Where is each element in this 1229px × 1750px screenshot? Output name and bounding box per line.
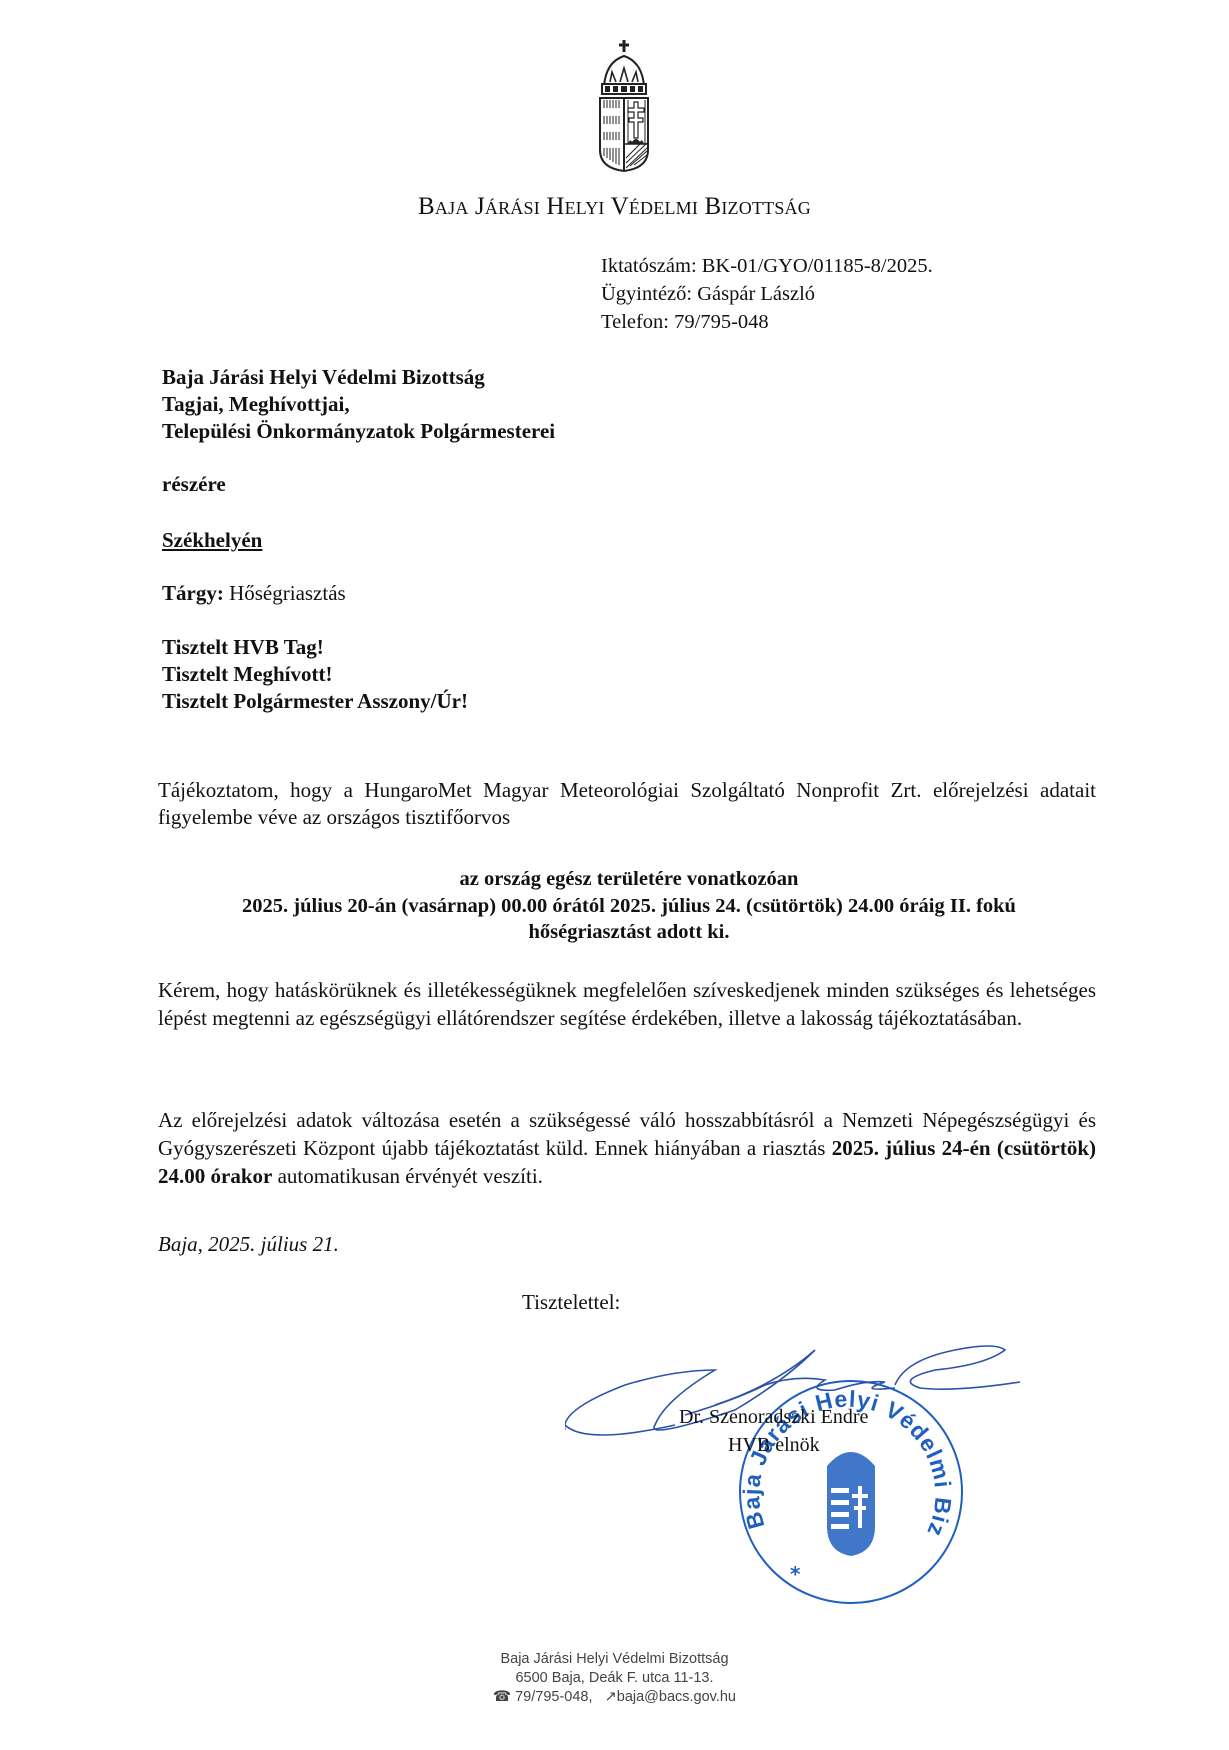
subject-label: Tárgy: xyxy=(162,581,224,605)
footer-address: 6500 Baja, Deák F. utca 11-13. xyxy=(0,1669,1229,1688)
phone-icon: ☎ xyxy=(493,1689,511,1705)
subject-line: Tárgy: Hőségriasztás xyxy=(162,581,346,606)
alert-line: az ország egész területére vonatkozóan xyxy=(160,866,1098,893)
paragraph-text: automatikusan érvényét veszíti. xyxy=(272,1164,543,1188)
addressee-line: Baja Járási Helyi Védelmi Bizottság xyxy=(162,364,555,391)
salutation-line: Tisztelt HVB Tag! xyxy=(162,634,468,661)
alert-announcement: az ország egész területére vonatkozóan 2… xyxy=(160,866,1098,946)
body-paragraph-1: Tájékoztatom, hogy a HungaroMet Magyar M… xyxy=(158,777,1096,831)
body-paragraph-3: Az előrejelzési adatok változása esetén … xyxy=(158,1106,1096,1190)
handwritten-signature xyxy=(565,1330,1025,1450)
addressee-line: Tagjai, Meghívottjai, xyxy=(162,391,555,418)
case-officer: Ügyintéző: Gáspár László xyxy=(601,280,933,308)
subject-value: Hőségriasztás xyxy=(229,581,346,605)
closing-line: Tisztelettel: xyxy=(522,1290,620,1315)
addressee-block: Baja Járási Helyi Védelmi Bizottság Tagj… xyxy=(162,364,555,445)
footer: Baja Járási Helyi Védelmi Bizottság 6500… xyxy=(0,1650,1229,1707)
organization-title: Baja Járási Helyi Védelmi Bizottság xyxy=(0,193,1229,221)
salutation-block: Tisztelt HVB Tag! Tisztelt Meghívott! Ti… xyxy=(162,634,468,715)
footer-org: Baja Járási Helyi Védelmi Bizottság xyxy=(0,1650,1229,1669)
alert-line: 2025. július 20-án (vasárnap) 00.00 órát… xyxy=(160,893,1098,920)
footer-email[interactable]: baja@bacs.gov.hu xyxy=(617,1689,736,1705)
coat-of-arms-icon xyxy=(596,38,652,173)
stamp-star-icon: * xyxy=(790,1562,801,1586)
date-line: Baja, 2025. július 21. xyxy=(158,1232,339,1257)
file-number: Iktatószám: BK-01/GYO/01185-8/2025. xyxy=(601,252,933,280)
signatory-role: HVB elnök xyxy=(728,1434,820,1457)
alert-line: hőségriasztást adott ki. xyxy=(160,919,1098,946)
footer-phone: 79/795-048, xyxy=(515,1689,592,1705)
salutation-line: Tisztelt Polgármester Asszony/Úr! xyxy=(162,688,468,715)
for-attention-label: részére xyxy=(162,472,226,497)
location-label: Székhelyén xyxy=(162,528,262,553)
email-icon: ↗ xyxy=(605,1689,617,1705)
reference-block: Iktatószám: BK-01/GYO/01185-8/2025. Ügyi… xyxy=(601,252,933,336)
signatory-name: Dr. Szenoradszki Endre xyxy=(679,1406,868,1429)
addressee-line: Települési Önkormányzatok Polgármesterei xyxy=(162,418,555,445)
phone-number: Telefon: 79/795-048 xyxy=(601,308,933,336)
stamp-crest-icon xyxy=(827,1452,875,1556)
salutation-line: Tisztelt Meghívott! xyxy=(162,661,468,688)
body-paragraph-2: Kérem, hogy hatáskörüknek és illetékessé… xyxy=(158,976,1096,1032)
footer-contact: ☎ 79/795-048, ↗baja@bacs.gov.hu xyxy=(0,1688,1229,1707)
